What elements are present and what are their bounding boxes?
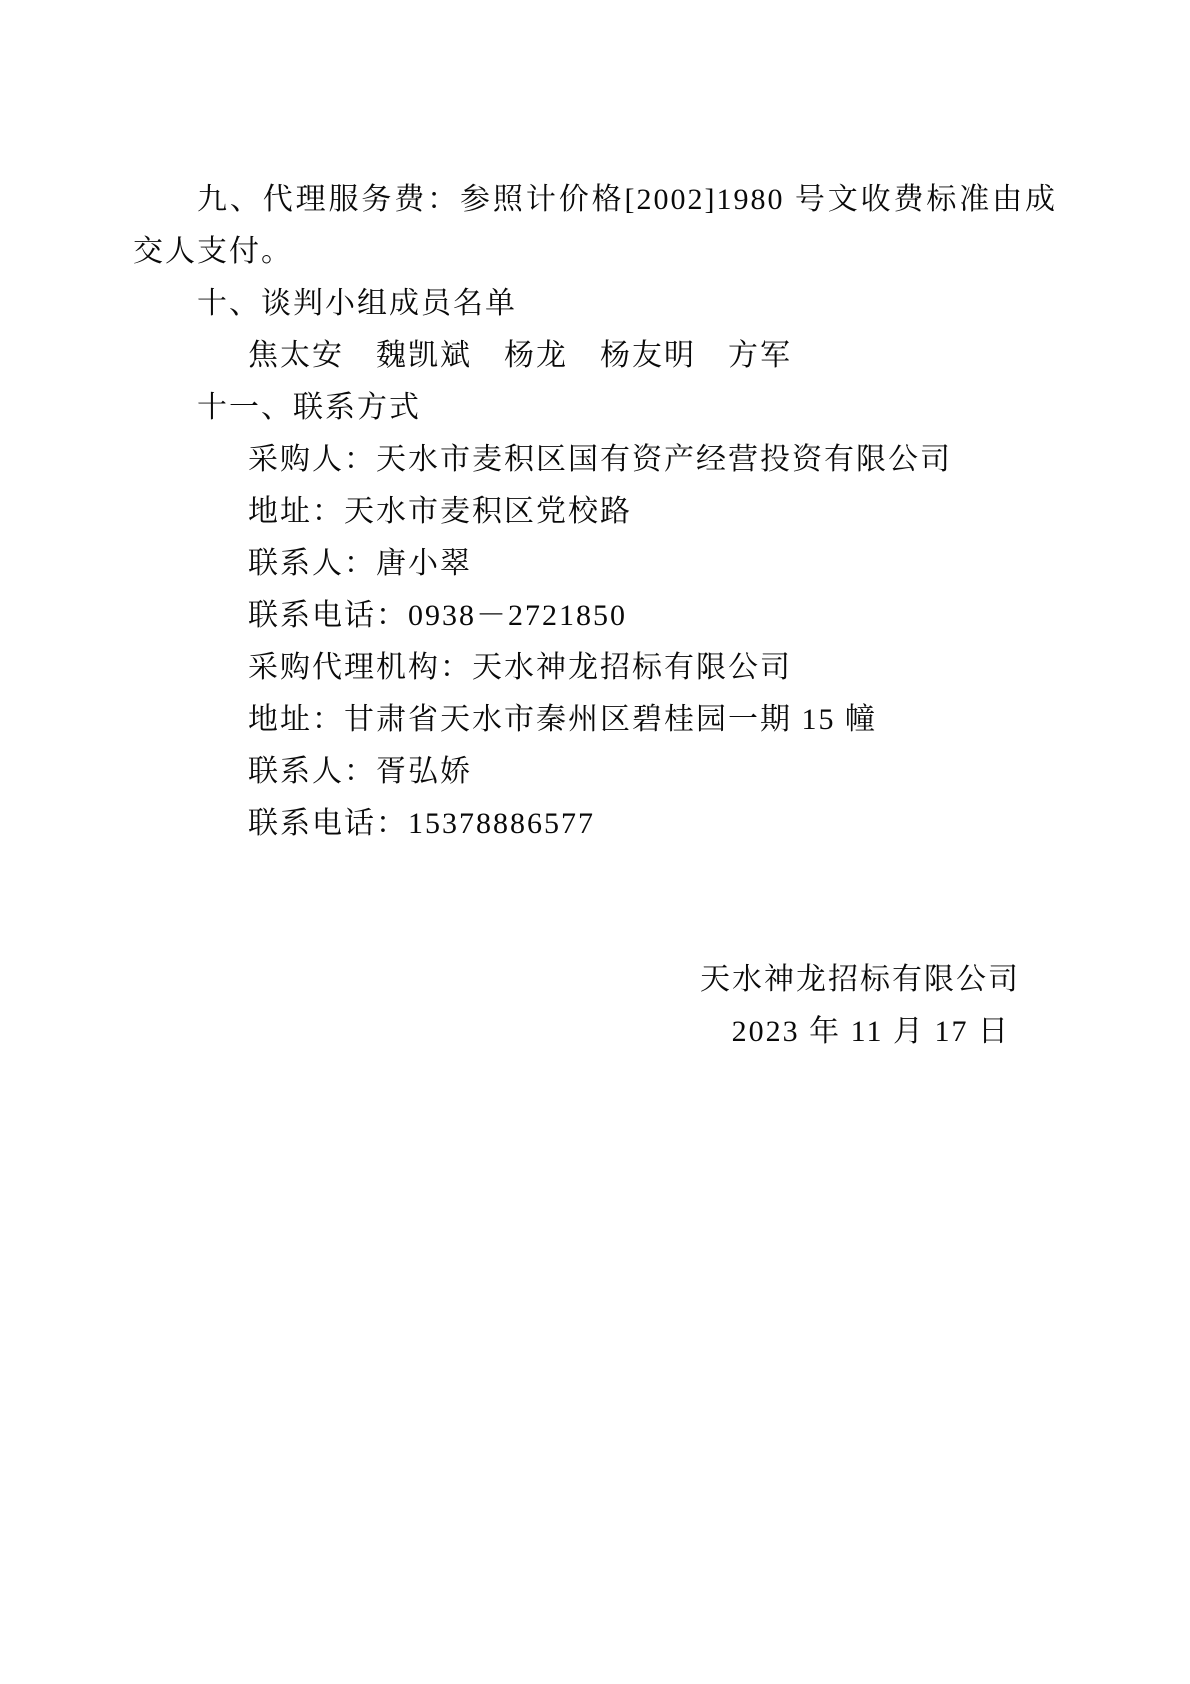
fee-clause-line-2: 交人支付。 [133,226,1057,278]
fee-clause-line-1: 九、代理服务费：参照计价格[2002]1980 号文收费标准由成 [133,174,1057,226]
contact-line-agency-address: 地址：甘肃省天水市秦州区碧桂园一期 15 幢 [133,694,1057,746]
contact-line-agency-phone: 联系电话：15378886577 [133,798,1057,850]
signature-company: 天水神龙招标有限公司 [133,954,1057,1006]
document-page: 九、代理服务费：参照计价格[2002]1980 号文收费标准由成 交人支付。 十… [0,0,1190,1684]
contact-line-purchaser-contact: 联系人：唐小翠 [133,538,1057,590]
signature-spacer [133,850,1057,954]
contact-line-purchaser: 采购人：天水市麦积区国有资产经营投资有限公司 [133,434,1057,486]
contact-line-purchaser-phone: 联系电话：0938－2721850 [133,590,1057,642]
document-body: 九、代理服务费：参照计价格[2002]1980 号文收费标准由成 交人支付。 十… [133,174,1057,1058]
contact-section-heading: 十一、联系方式 [133,382,1057,434]
signature-date: 2023 年 11 月 17 日 [133,1006,1057,1058]
contact-line-agency-contact: 联系人：胥弘娇 [133,746,1057,798]
negotiation-team-members: 焦太安 魏凯斌 杨龙 杨友明 方军 [133,330,1057,382]
contact-line-purchaser-address: 地址：天水市麦积区党校路 [133,486,1057,538]
contact-line-agency: 采购代理机构：天水神龙招标有限公司 [133,642,1057,694]
negotiation-team-heading: 十、谈判小组成员名单 [133,278,1057,330]
